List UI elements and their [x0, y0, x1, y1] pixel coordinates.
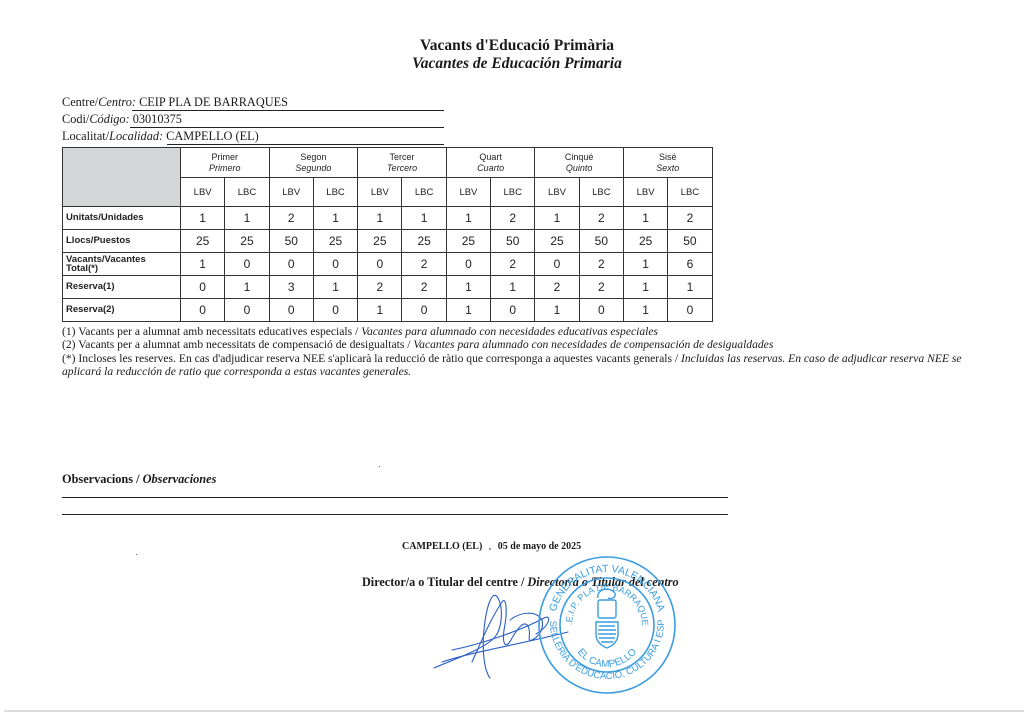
table-cell: 1 — [181, 253, 225, 276]
table-cell: 1 — [623, 207, 667, 230]
table-cell: 0 — [269, 253, 313, 276]
date: 05 de mayo de 2025 — [498, 541, 581, 552]
official-stamp: GENERALITAT VALENCIANA CONSELLERIA D'EDU… — [536, 554, 678, 696]
title-spanish: Vacantes de Educación Primaria — [0, 55, 1024, 73]
table-cell: 2 — [402, 253, 446, 276]
table-cell: 0 — [579, 299, 623, 322]
coat-of-arms-icon — [596, 589, 618, 648]
table-cell: 25 — [358, 230, 402, 253]
table-cell: 1 — [225, 207, 269, 230]
table-cell: 2 — [579, 253, 623, 276]
table-cell: 1 — [446, 207, 490, 230]
table-cell: 1 — [535, 207, 579, 230]
row-label: Reserva(2) — [63, 299, 181, 322]
title-valencian: Vacants d'Educació Primària — [0, 37, 1024, 55]
footnote: (2) Vacants per a alumnat amb necessitat… — [62, 338, 982, 351]
table-cell: 2 — [579, 276, 623, 299]
table-cell: 1 — [402, 207, 446, 230]
table-cell: 1 — [491, 276, 535, 299]
table-cell: 1 — [623, 276, 667, 299]
subcolumn-header: LBV — [446, 178, 490, 207]
table-cell: 25 — [225, 230, 269, 253]
subcolumn-header: LBV — [269, 178, 313, 207]
course-header: SiséSexto — [623, 148, 712, 178]
table-cell: 25 — [313, 230, 357, 253]
table-cell: 1 — [225, 276, 269, 299]
footnotes: (1) Vacants per a alumnat amb necessitat… — [62, 325, 982, 379]
table-cell: 2 — [668, 207, 712, 230]
table-cell: 2 — [358, 276, 402, 299]
table-cell: 0 — [668, 299, 712, 322]
course-header: CinquéQuinto — [535, 148, 624, 178]
table-cell: 0 — [446, 253, 490, 276]
subcolumn-header: LBV — [623, 178, 667, 207]
table-row: Unitats/Unidades112111121212 — [63, 207, 713, 230]
footnote: (1) Vacants per a alumnat amb necessitat… — [62, 325, 982, 338]
subcolumn-header: LBV — [181, 178, 225, 207]
table-cell: 25 — [446, 230, 490, 253]
table-corner — [63, 148, 181, 207]
observations-label: Observacions / Observaciones — [62, 472, 216, 487]
table-cell: 0 — [269, 299, 313, 322]
subcolumn-header: LBV — [535, 178, 579, 207]
table-row: Reserva(1)013122112211 — [63, 276, 713, 299]
code-field: Codi/Código: 03010375 — [62, 111, 182, 128]
table-cell: 6 — [668, 253, 712, 276]
subcolumn-header: LBC — [313, 178, 357, 207]
vacancies-table: PrimerPrimeroSegonSegundoTercerTerceroQu… — [62, 147, 713, 322]
table-cell: 1 — [668, 276, 712, 299]
table-cell: 25 — [623, 230, 667, 253]
subcolumn-header: LBC — [579, 178, 623, 207]
table-cell: 1 — [358, 299, 402, 322]
place-date: CAMPELLO (EL) , 05 de mayo de 2025 — [402, 541, 581, 552]
table-cell: 2 — [491, 253, 535, 276]
course-header: SegonSegundo — [269, 148, 358, 178]
table-cell: 0 — [225, 299, 269, 322]
table-cell: 50 — [668, 230, 712, 253]
centre-field: Centre/Centro: CEIP PLA DE BARRAQUES — [62, 94, 288, 111]
document-title: Vacants d'Educació Primària Vacantes de … — [0, 37, 1024, 73]
table-cell: 1 — [535, 299, 579, 322]
row-label: Unitats/Unidades — [63, 207, 181, 230]
table-cell: 1 — [623, 299, 667, 322]
table-cell: 0 — [181, 299, 225, 322]
row-label: Vacants/Vacantes Total(*) — [63, 253, 181, 276]
table-cell: 0 — [402, 299, 446, 322]
table-cell: 1 — [181, 207, 225, 230]
scan-speck — [379, 466, 380, 467]
locality-field: Localitat/Localidad: CAMPELLO (EL) — [62, 128, 259, 145]
table-row: Reserva(2)000010101010 — [63, 299, 713, 322]
table-cell: 0 — [358, 253, 402, 276]
table-cell: 1 — [313, 276, 357, 299]
table-cell: 0 — [181, 276, 225, 299]
row-label: Reserva(1) — [63, 276, 181, 299]
subcolumn-header: LBC — [402, 178, 446, 207]
locality-value: CAMPELLO (EL) — [166, 129, 259, 143]
code-value: 03010375 — [133, 112, 182, 126]
table-row: Vacants/Vacantes Total(*)100002020216 — [63, 253, 713, 276]
table-cell: 25 — [181, 230, 225, 253]
table-cell: 2 — [491, 207, 535, 230]
table-cell: 1 — [358, 207, 402, 230]
table-cell: 50 — [491, 230, 535, 253]
table-cell: 1 — [446, 299, 490, 322]
table-cell: 1 — [313, 207, 357, 230]
course-header: TercerTercero — [358, 148, 447, 178]
table-cell: 0 — [313, 253, 357, 276]
table-cell: 25 — [402, 230, 446, 253]
subcolumn-header: LBC — [491, 178, 535, 207]
subcolumn-header: LBV — [358, 178, 402, 207]
centre-value: CEIP PLA DE BARRAQUES — [139, 95, 288, 109]
table-cell: 0 — [535, 253, 579, 276]
footnote: (*) Incloses les reserves. En cas d'adju… — [62, 352, 982, 379]
place: CAMPELLO (EL) — [402, 541, 482, 552]
underline — [167, 144, 444, 145]
table-cell: 2 — [269, 207, 313, 230]
course-header: QuartCuarto — [446, 148, 535, 178]
table-cell: 50 — [269, 230, 313, 253]
scan-speck — [136, 554, 137, 555]
observations-line-2 — [62, 514, 728, 515]
table-cell: 2 — [579, 207, 623, 230]
table-cell: 3 — [269, 276, 313, 299]
row-label: Llocs/Puestos — [63, 230, 181, 253]
table-cell: 1 — [446, 276, 490, 299]
table-cell: 0 — [491, 299, 535, 322]
course-header: PrimerPrimero — [181, 148, 270, 178]
table-cell: 0 — [225, 253, 269, 276]
table-cell: 0 — [313, 299, 357, 322]
table-cell: 50 — [579, 230, 623, 253]
page-edge — [4, 710, 1024, 712]
table-row: Llocs/Puestos252550252525255025502550 — [63, 230, 713, 253]
table-cell: 2 — [402, 276, 446, 299]
subcolumn-header: LBC — [668, 178, 712, 207]
table-cell: 25 — [535, 230, 579, 253]
subcolumn-header: LBC — [225, 178, 269, 207]
observations-line-1 — [62, 497, 728, 498]
table-cell: 2 — [535, 276, 579, 299]
table-cell: 1 — [623, 253, 667, 276]
